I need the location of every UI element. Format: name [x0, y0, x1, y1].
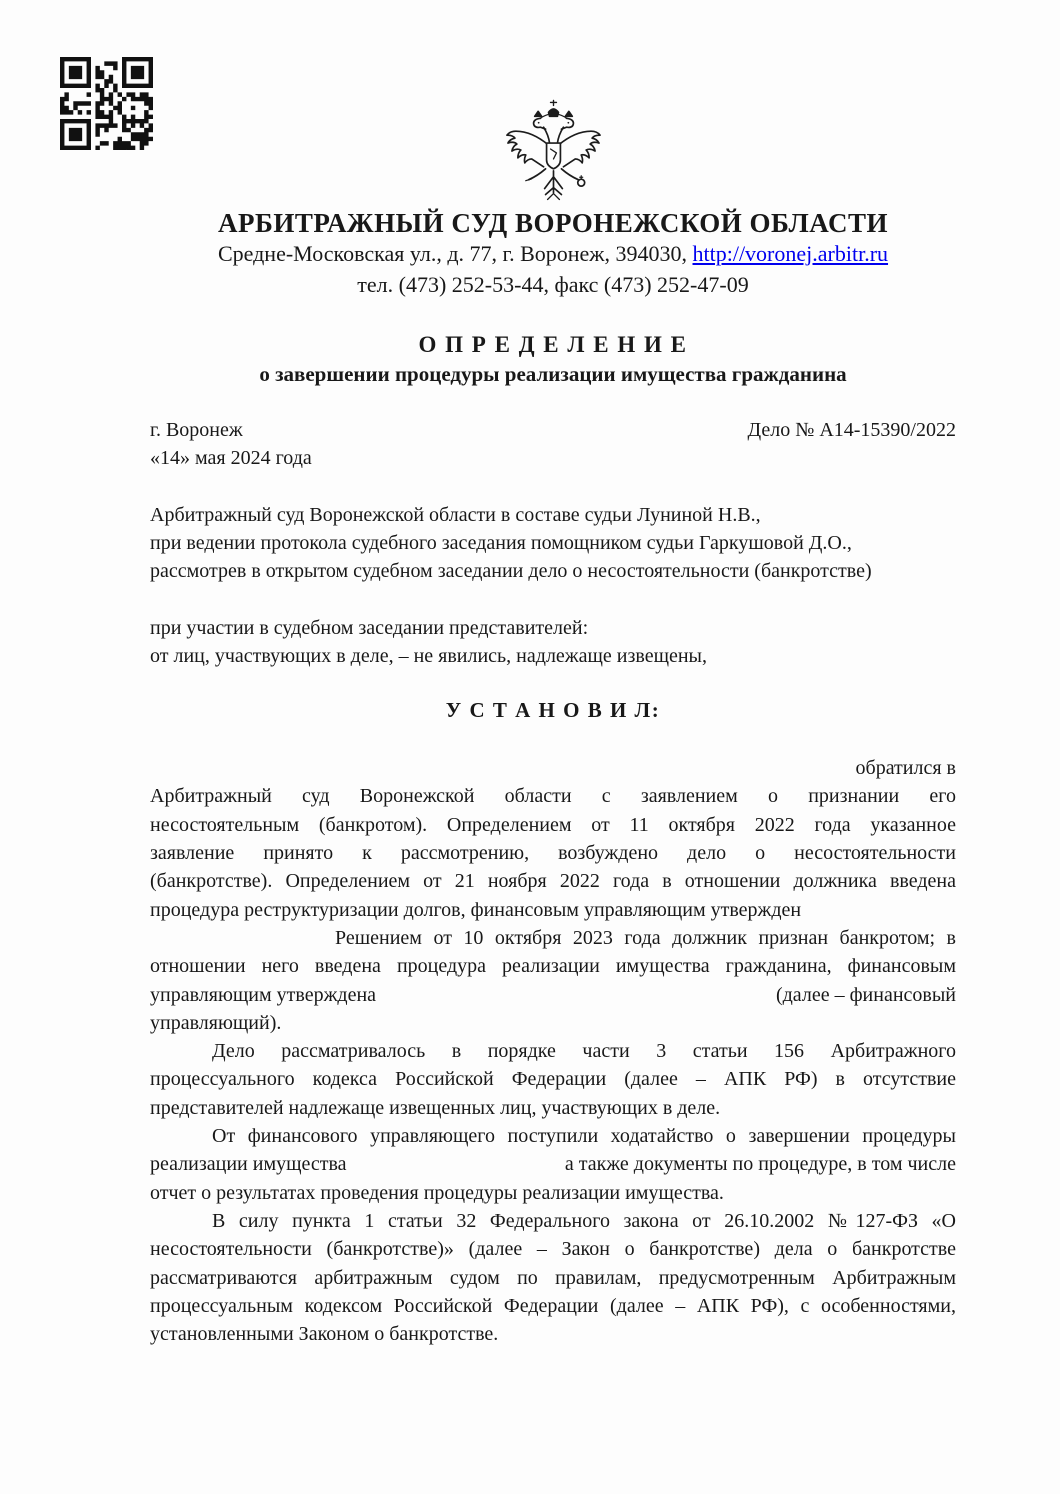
court-website-link[interactable]: http://voronej.arbitr.ru — [693, 241, 889, 266]
preamble-line: при ведении протокола судебного заседани… — [150, 529, 956, 557]
emblem-wrap — [150, 97, 956, 203]
court-phone-line: тел. (473) 252-53-44, факс (473) 252-47-… — [150, 271, 956, 298]
body-line: процедура реструктуризации долгов, финан… — [150, 896, 956, 924]
body-line: (банкротстве). Определением от 21 ноября… — [150, 867, 956, 895]
qr-code-icon — [60, 57, 153, 150]
city-label: г. Воронеж — [150, 416, 243, 444]
court-name: АРБИТРАЖНЫЙ СУД ВОРОНЕЖСКОЙ ОБЛАСТИ — [150, 207, 956, 240]
body-line: несостоятельным (банкротом). Определение… — [150, 811, 956, 839]
body-line: Решением от 10 октября 2023 года должник… — [150, 924, 956, 952]
ustanovil-heading: У С Т А Н О В И Л: — [150, 696, 956, 724]
body-line: реализации имущества а также документы п… — [150, 1150, 956, 1178]
body-line: управляющий). — [150, 1009, 956, 1037]
body-line: отношении него введена процедура реализа… — [150, 952, 956, 980]
body-line: От финансового управляющего поступили хо… — [150, 1122, 956, 1150]
body-line: процессуального кодекса Российской Федер… — [150, 1065, 956, 1093]
preamble-line: Арбитражный суд Воронежской области в со… — [150, 501, 956, 529]
body-line-right: а также документы по процедуре, в том чи… — [565, 1150, 956, 1178]
body-line: заявление принято к рассмотрению, возбуж… — [150, 839, 956, 867]
participants: при участии в судебном заседании предста… — [150, 614, 956, 671]
body-line: Арбитражный суд Воронежской области с за… — [150, 782, 956, 810]
preamble: Арбитражный суд Воронежской области в со… — [150, 501, 956, 586]
court-address: Средне-Московская ул., д. 77, г. Воронеж… — [218, 241, 693, 266]
document-type-title: О П Р Е Д Е Л Е Н И Е — [150, 330, 956, 360]
case-meta-row: г. Воронеж Дело № А14-15390/2022 — [150, 416, 956, 444]
body-line: представителей надлежаще извещенных лиц,… — [150, 1094, 956, 1122]
document-subtitle: о завершении процедуры реализации имущес… — [150, 360, 956, 388]
body-line: Дело рассматривалось в порядке части 3 с… — [150, 1037, 956, 1065]
coat-of-arms-icon — [504, 97, 603, 203]
body-line: установленными Законом о банкротстве. — [150, 1320, 956, 1348]
preamble-line: рассмотрев в открытом судебном заседании… — [150, 557, 956, 585]
body-line-left: реализации имущества — [150, 1150, 347, 1178]
body-line: В силу пункта 1 статьи 32 Федерального з… — [150, 1207, 956, 1235]
body-line: отчет о результатах проведения процедуры… — [150, 1179, 956, 1207]
body-line-left: управляющим утверждена — [150, 981, 376, 1009]
body-line-right: (далее – финансовый — [776, 981, 956, 1009]
document-content: АРБИТРАЖНЫЙ СУД ВОРОНЕЖСКОЙ ОБЛАСТИ Сред… — [150, 0, 956, 1348]
body-line: обратился в — [150, 754, 956, 782]
body-line: несостоятельности (банкротстве)» (далее … — [150, 1235, 956, 1263]
case-number: Дело № А14-15390/2022 — [748, 416, 957, 444]
participants-line: от лиц, участвующих в деле, – не явились… — [150, 642, 956, 670]
participants-line: при участии в судебном заседании предста… — [150, 614, 956, 642]
body-line: управляющим утверждена (далее – финансов… — [150, 981, 956, 1009]
document-page: АРБИТРАЖНЫЙ СУД ВОРОНЕЖСКОЙ ОБЛАСТИ Сред… — [0, 0, 1060, 1494]
body-line: процессуальным кодексом Российской Федер… — [150, 1292, 956, 1320]
body-line: рассматриваются арбитражным судом по пра… — [150, 1264, 956, 1292]
body-text: обратился в Арбитражный суд Воронежской … — [150, 754, 956, 1348]
document-date: «14» мая 2024 года — [150, 444, 956, 472]
court-address-line: Средне-Московская ул., д. 77, г. Воронеж… — [150, 240, 956, 267]
